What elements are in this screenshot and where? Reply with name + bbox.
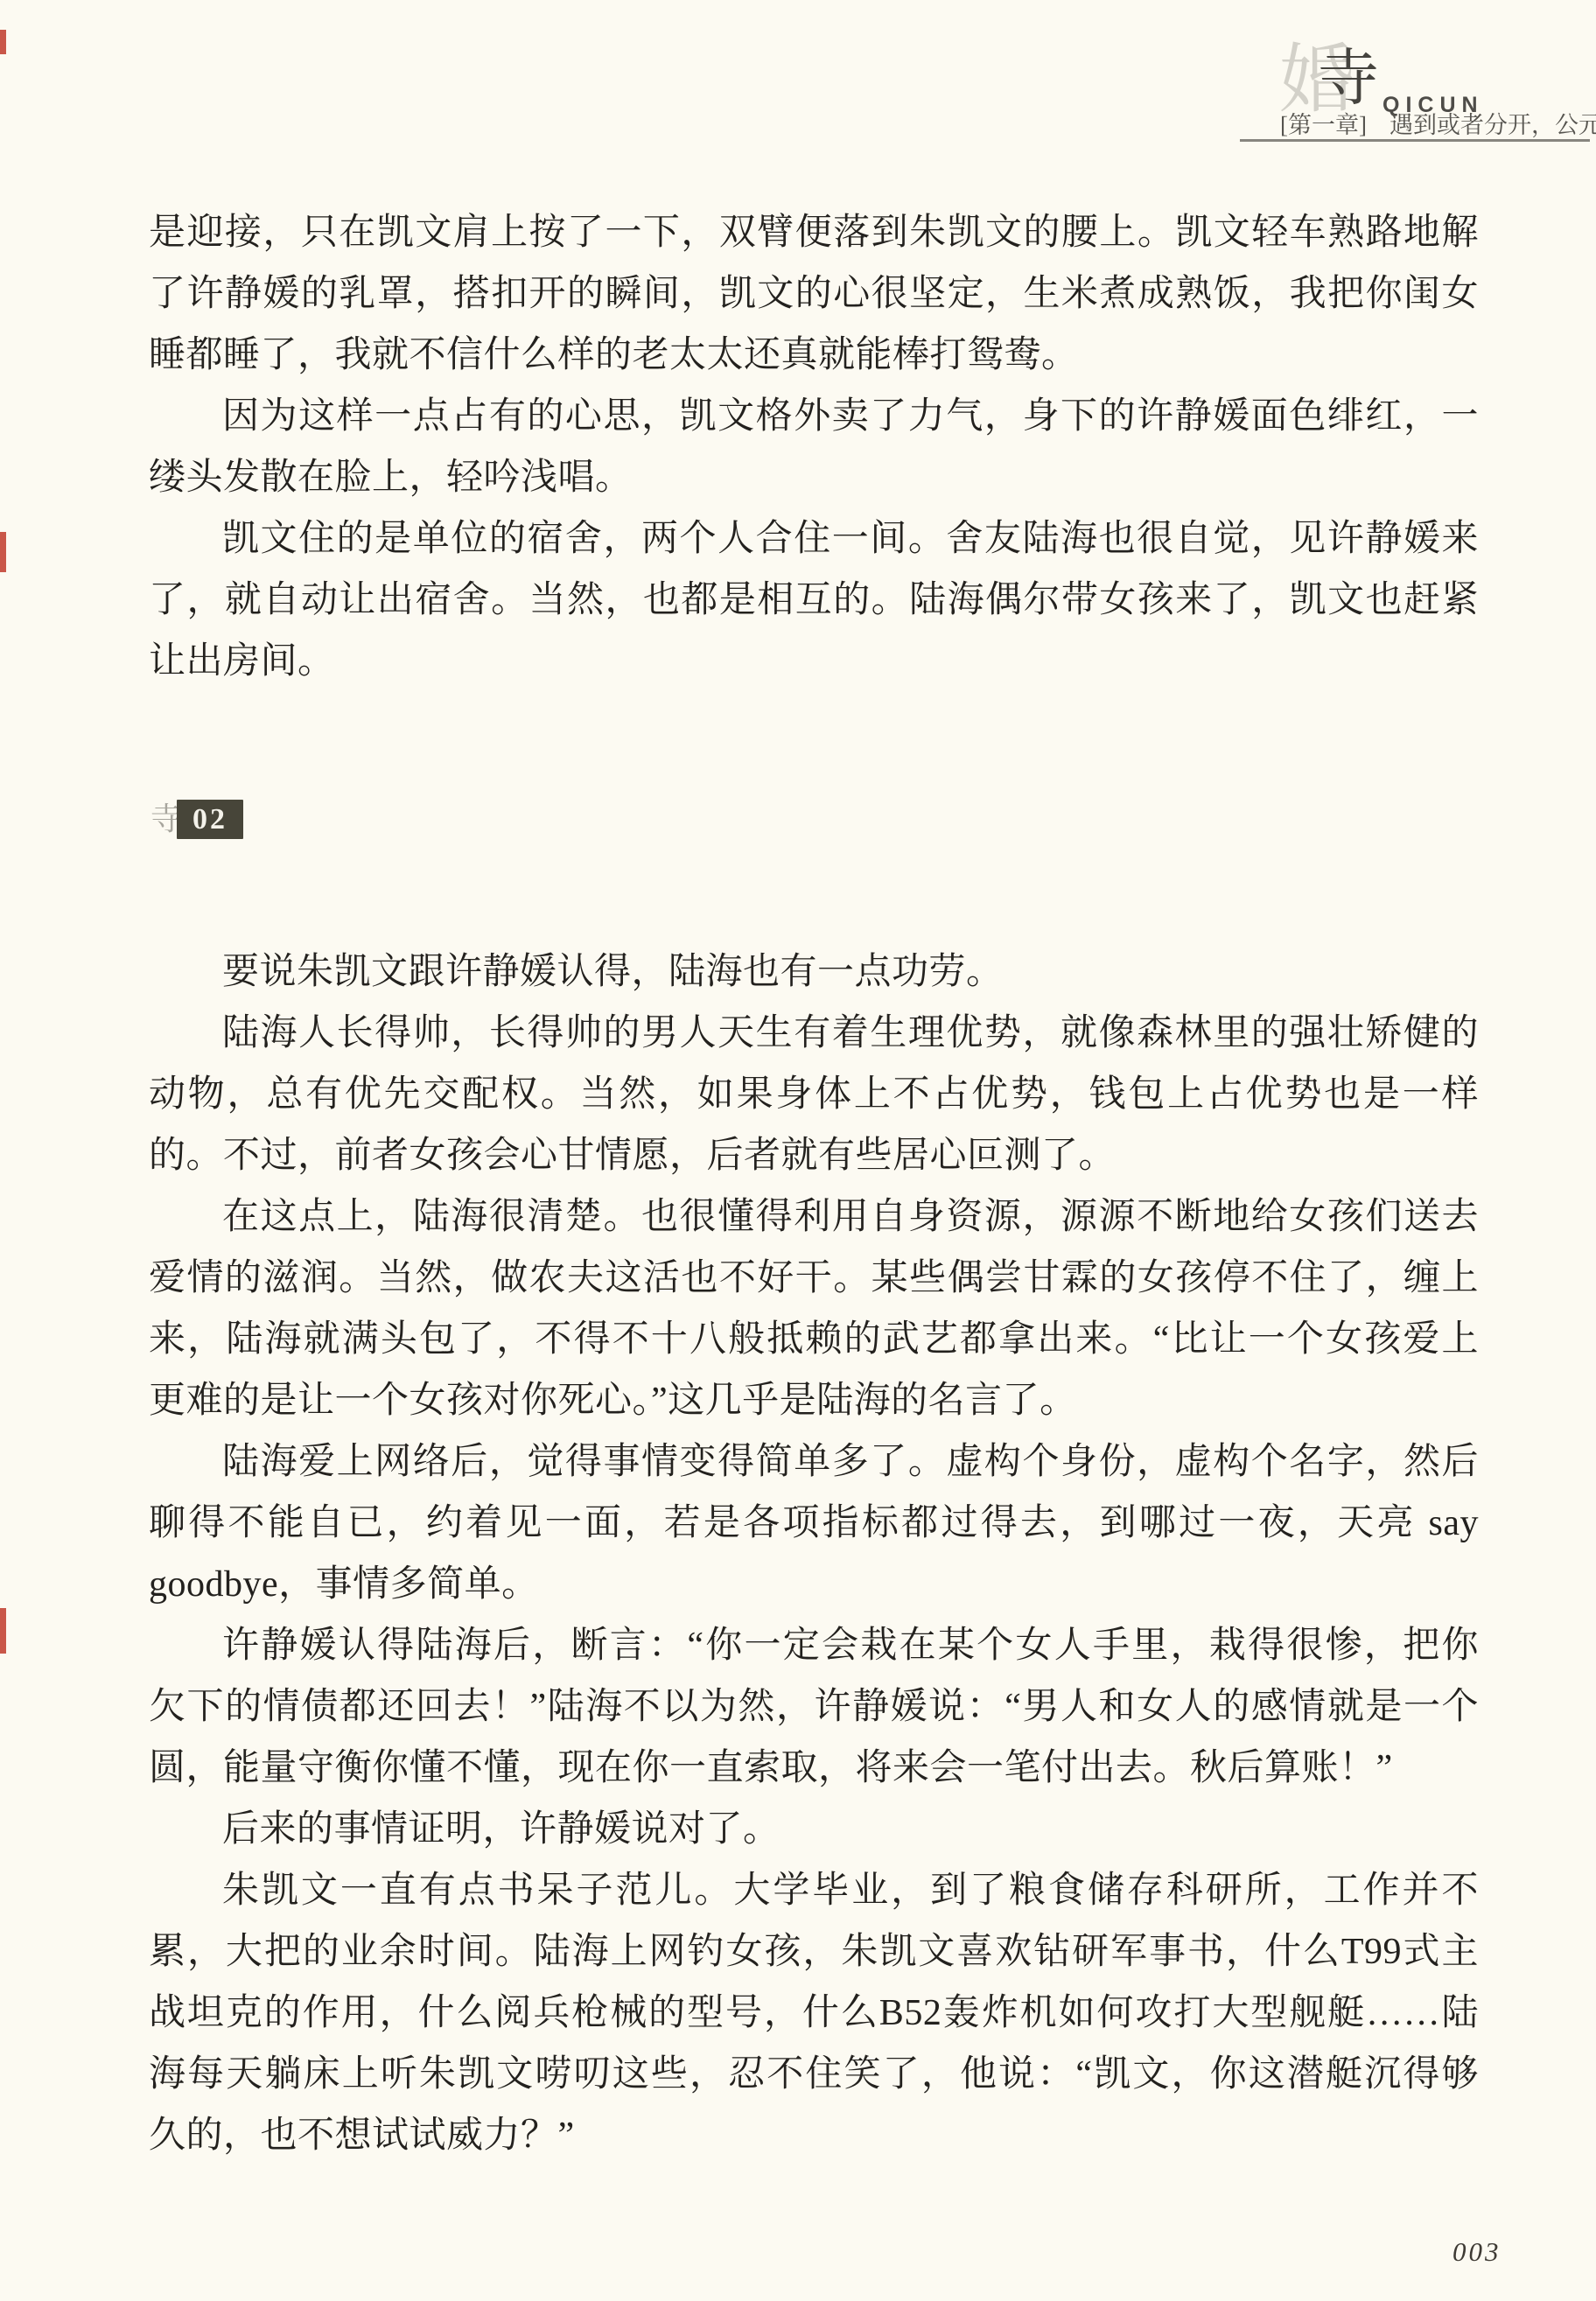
body-text-section: 要说朱凯文跟许静媛认得，陆海也有一点功劳。陆海人长得帅，长得帅的男人天生有着生理… [149, 941, 1479, 2166]
text-line: 要说朱凯文跟许静媛认得，陆海也有一点功劳。 [149, 941, 1479, 1003]
text-line: 是迎接，只在凯文肩上按了一下，双臂便落到朱凯文的腰上。凯文轻车熟路地解 [149, 202, 1479, 263]
section-number-box: 02 [177, 800, 243, 839]
page-header: 婚 寺 QICUN [第一章]遇到或者分开，公元元年 [1234, 35, 1596, 149]
text-line: 欠下的情债都还回去！”陆海不以为然，许静媛说：“男人和女人的感情就是一个 [149, 1676, 1479, 1738]
text-line: 更难的是让一个女孩对你死心。”这几乎是陆海的名言了。 [149, 1370, 1479, 1431]
text-line: 让出房间。 [149, 631, 1479, 692]
page-number: 003 [1452, 2236, 1501, 2268]
text-line: 圆，能量守衡你懂不懂，现在你一直索取，将来会一笔付出去。秋后算账！” [149, 1738, 1479, 1799]
text-line: 朱凯文一直有点书呆子范儿。大学毕业，到了粮食储存科研所，工作并不 [149, 1860, 1479, 1921]
text-line: 了，就自动让出宿舍。当然，也都是相互的。陆海偶尔带女孩来了，凯文也赶紧 [149, 570, 1479, 631]
text-line: 来，陆海就满头包了，不得不十八般抵赖的武艺都拿出来。“比让一个女孩爱上 [149, 1309, 1479, 1370]
text-line: 陆海爱上网络后，觉得事情变得简单多了。虚构个身份，虚构个名字，然后 [149, 1431, 1479, 1493]
text-line: 战坦克的作用，什么阅兵枪械的型号，什么B52轰炸机如何攻打大型舰艇……陆 [149, 1983, 1479, 2044]
scan-red-mark [0, 532, 6, 572]
body-text-section: 是迎接，只在凯文肩上按了一下，双臂便落到朱凯文的腰上。凯文轻车熟路地解了许静媛的… [149, 202, 1479, 692]
text-line: 动物，总有优先交配权。当然，如果身体上不占优势，钱包上占优势也是一样 [149, 1064, 1479, 1125]
scan-red-mark [0, 30, 6, 54]
text-line: 后来的事情证明，许静媛说对了。 [149, 1799, 1479, 1860]
text-line: 了许静媛的乳罩，搭扣开的瞬间，凯文的心很坚定，生米煮成熟饭，我把你闺女 [149, 263, 1479, 325]
text-line: 久的，也不想试试威力？” [149, 2105, 1479, 2166]
text-line: goodbye，事情多简单。 [149, 1554, 1479, 1615]
text-line: 许静媛认得陆海后，断言：“你一定会栽在某个女人手里，栽得很惨，把你 [149, 1615, 1479, 1676]
scan-red-mark [0, 1608, 6, 1654]
chapter-title: 遇到或者分开，公元元年 [1389, 112, 1596, 138]
chapter-number: [第一章] [1280, 112, 1367, 138]
text-line: 睡都睡了，我就不信什么样的老太太还真就能棒打鸳鸯。 [149, 325, 1479, 386]
logo-glyph-dark: 寺 [1318, 49, 1379, 110]
header-rule [1240, 139, 1590, 142]
text-line: 累，大把的业余时间。陆海上网钓女孩，朱凯文喜欢钻研军事书，什么T99式主 [149, 1921, 1479, 1983]
text-line: 爱情的滋润。当然，做农夫这活也不好干。某些偶尝甘霖的女孩停不住了，缠上 [149, 1248, 1479, 1309]
chapter-heading: [第一章]遇到或者分开，公元元年 [1280, 112, 1595, 138]
text-line: 凯文住的是单位的宿舍，两个人合住一间。舍友陆海也很自觉，见许静媛来 [149, 508, 1479, 570]
text-line: 的。不过，前者女孩会心甘情愿，后者就有些居心叵测了。 [149, 1125, 1479, 1186]
text-line: 陆海人长得帅，长得帅的男人天生有着生理优势，就像森林里的强壮矫健的 [149, 1003, 1479, 1064]
text-line: 海每天躺床上听朱凯文唠叨这些，忍不住笑了，他说：“凯文，你这潜艇沉得够 [149, 2044, 1479, 2105]
section-number: 02 [192, 803, 227, 836]
text-line: 缕头发散在脸上，轻吟浅唱。 [149, 447, 1479, 508]
book-page: 婚 寺 QICUN [第一章]遇到或者分开，公元元年 是迎接，只在凯文肩上按了一… [0, 0, 1596, 2301]
text-line: 因为这样一点占有的心思，凯文格外卖了力气，身下的许静媛面色绯红，一 [149, 386, 1479, 447]
text-line: 在这点上，陆海很清楚。也很懂得利用自身资源，源源不断地给女孩们送去 [149, 1186, 1479, 1248]
text-line: 聊得不能自已，约着见一面，若是各项指标都过得去，到哪过一夜，天亮 say [149, 1493, 1479, 1554]
